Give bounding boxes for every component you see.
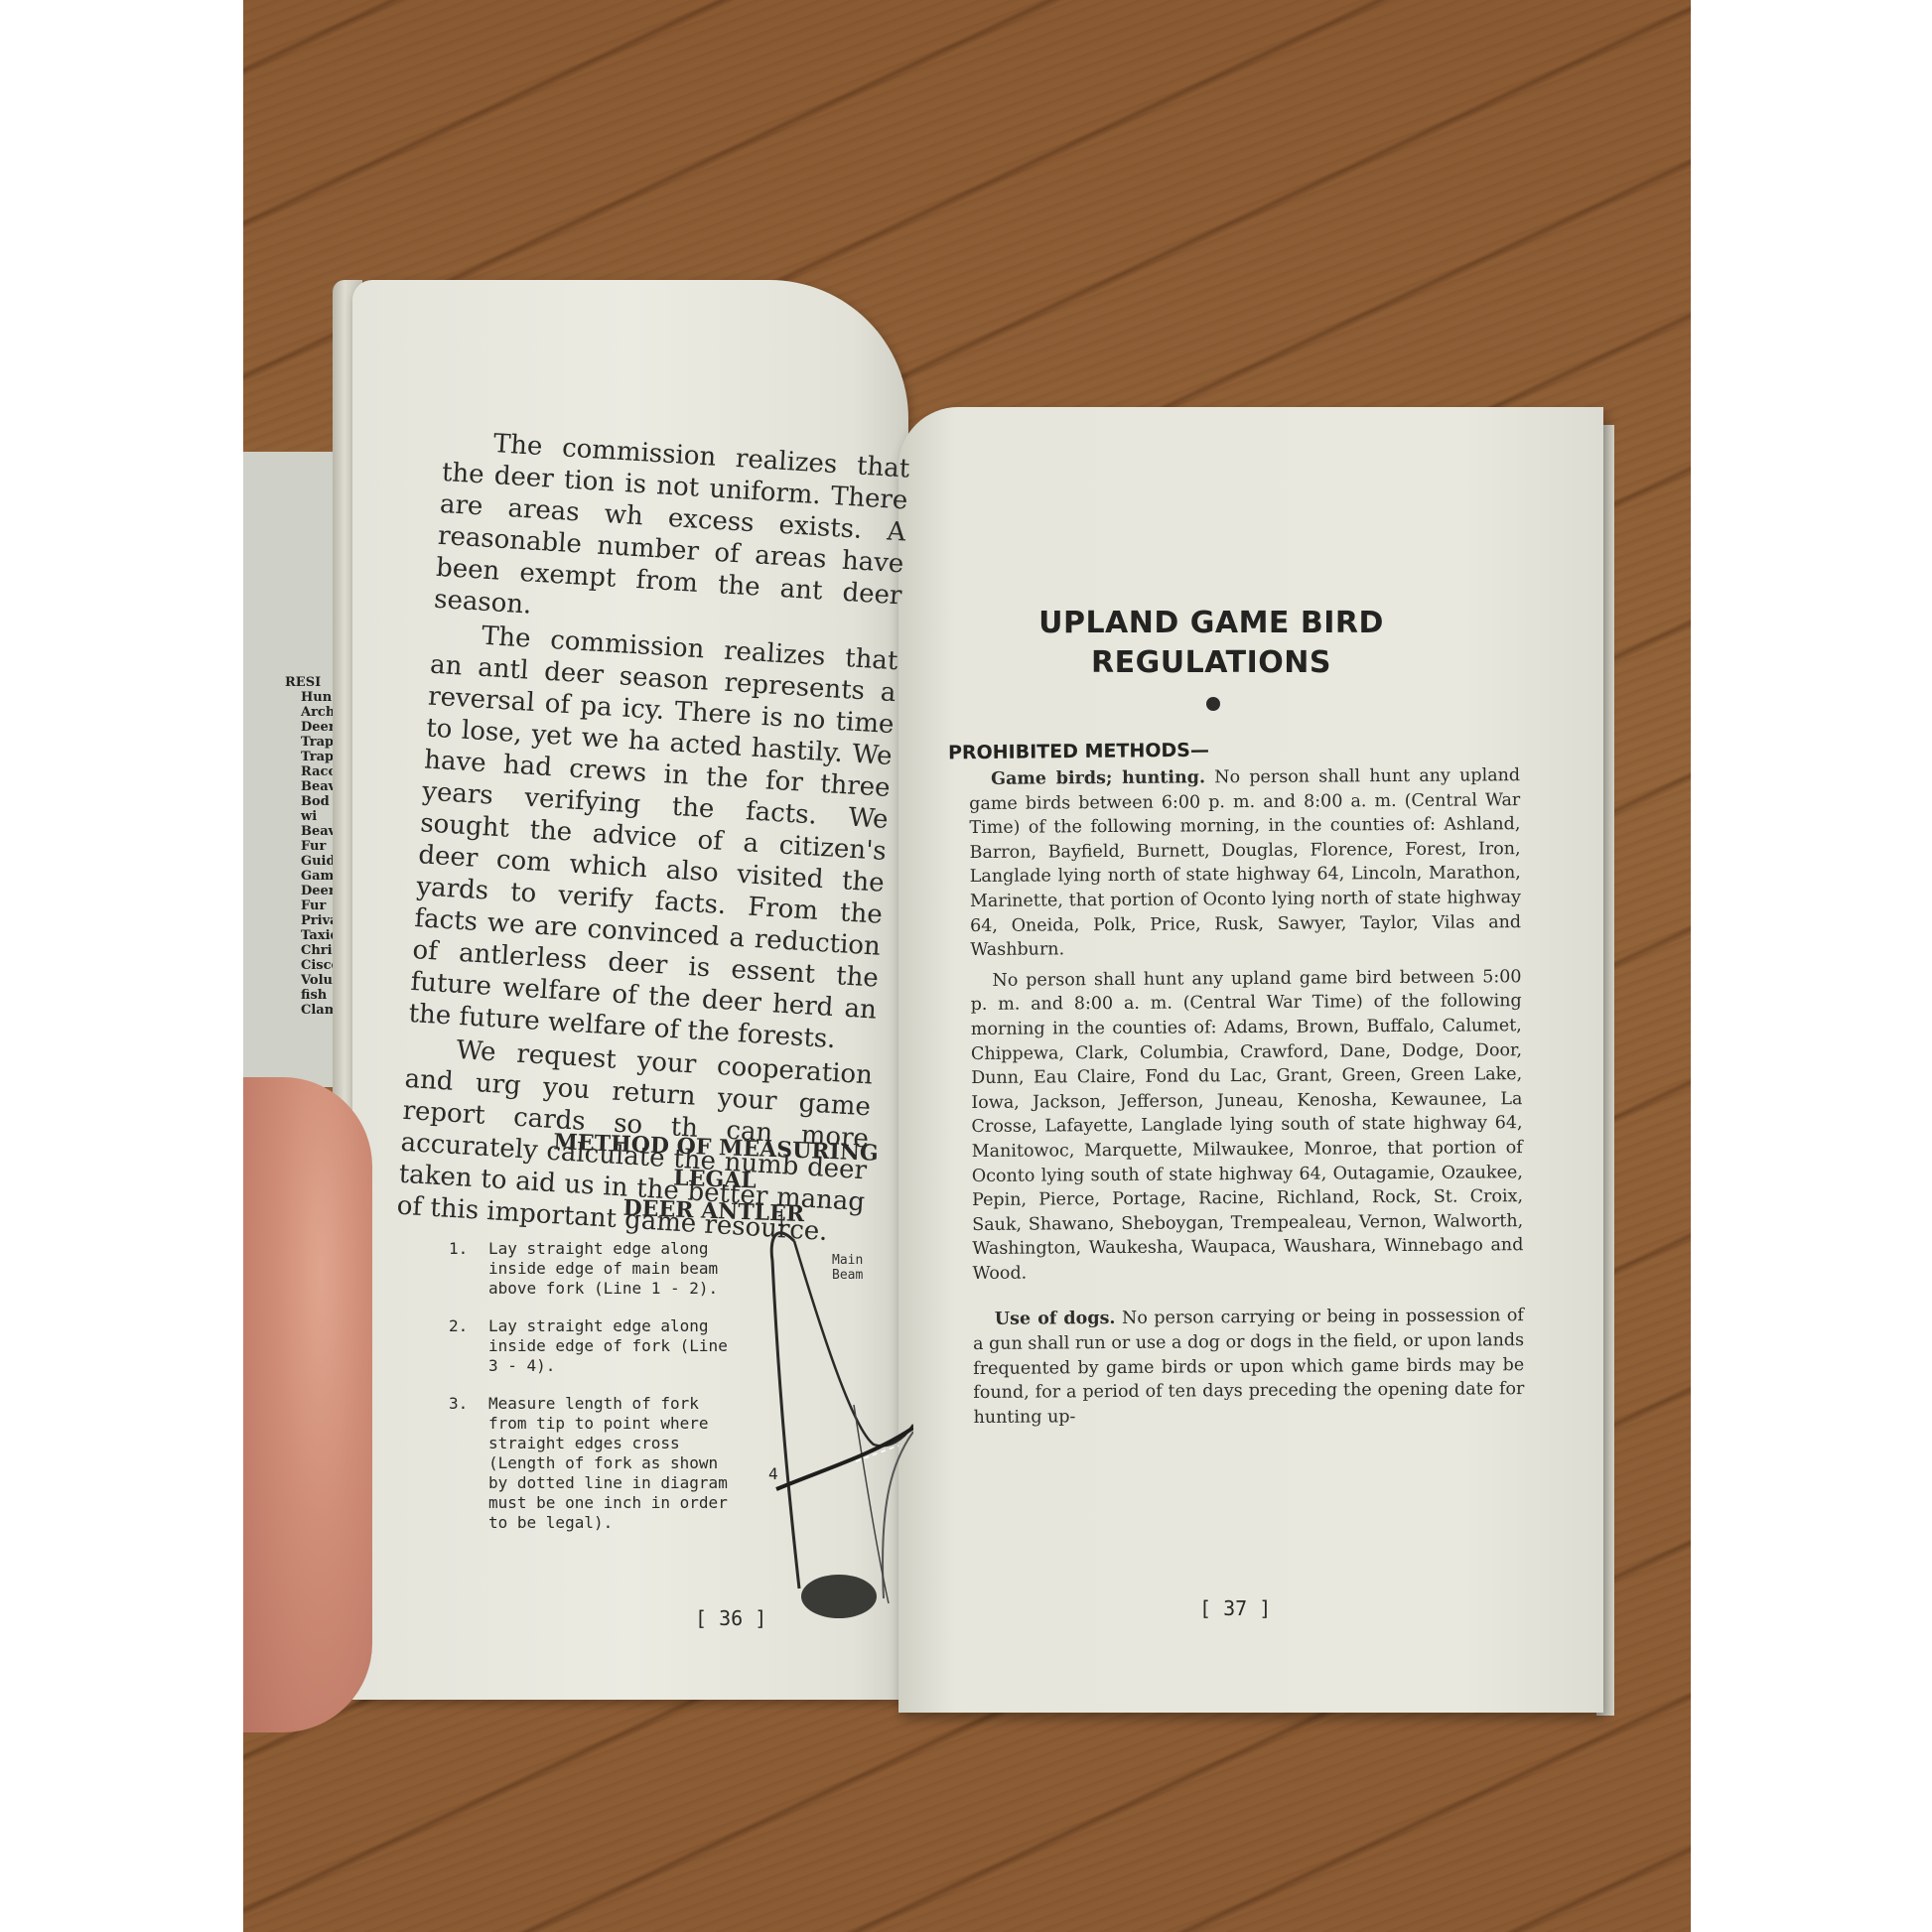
diagram-label-1: 1	[776, 1211, 786, 1230]
page-number-left: [ 36 ]	[695, 1606, 766, 1630]
left-page-body: The commission realizes that the deer ti…	[396, 425, 910, 1252]
page-title: UPLAND GAME BIRD REGULATIONS	[1013, 604, 1410, 683]
regulation-paragraph: No person shall hunt any upland game bir…	[970, 965, 1523, 1287]
diagram-label-main-beam: Main Beam	[832, 1253, 882, 1283]
right-page-body: Game birds; hunting. No person shall hun…	[969, 763, 1525, 1436]
measuring-steps: 1. Lay straight edge along inside edge o…	[449, 1239, 747, 1551]
section-heading: PROHIBITED METHODS—	[948, 740, 1209, 764]
regulation-paragraph: Use of dogs. No person carrying or being…	[973, 1305, 1525, 1431]
step-item: 1. Lay straight edge along inside edge o…	[449, 1239, 747, 1299]
page-number-right: [ 37 ]	[1199, 1596, 1271, 1620]
thumb	[243, 1077, 372, 1732]
diagram-label-4: 4	[768, 1464, 778, 1483]
paragraph: The commission realizes that the deer ti…	[433, 425, 910, 643]
bullet-ornament-icon	[1206, 697, 1220, 711]
step-item: 3. Measure length of fork from tip to po…	[449, 1394, 747, 1533]
regulation-paragraph: Game birds; hunting. No person shall hun…	[969, 763, 1521, 963]
step-item: 2. Lay straight edge along inside edge o…	[449, 1316, 747, 1376]
paragraph: The commission realizes that an antl dee…	[408, 618, 899, 1058]
